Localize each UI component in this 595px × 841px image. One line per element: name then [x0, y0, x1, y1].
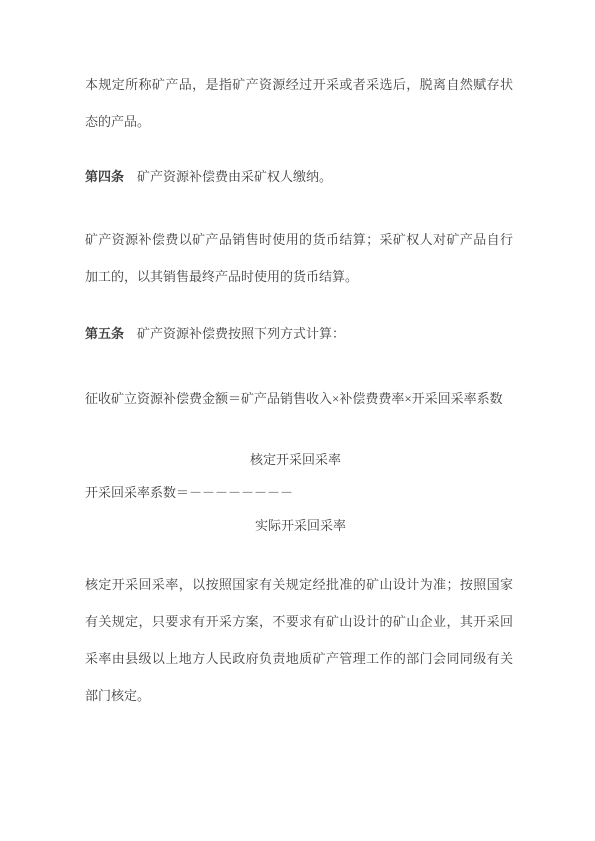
- fraction-block-recovery-coefficient: 核定开采回采率 开采回采率系数＝－－－－－－－－ 实际开采回采率: [85, 443, 513, 542]
- paragraph-article-5: 第五条矿产资源补偿费按照下列方式计算：: [85, 315, 513, 352]
- paragraph-article-4: 第四条矿产资源补偿费由采矿权人缴纳。: [85, 158, 513, 195]
- article-5-label: 第五条: [85, 326, 124, 341]
- fraction-denominator: 实际开采回采率: [85, 509, 513, 542]
- document-content: 本规定所称矿产品，是指矿产资源经过开采或者采选后，脱离自然赋存状态的产品。 第四…: [85, 66, 513, 714]
- paragraph-currency-settlement: 矿产资源补偿费以矿产品销售时使用的货币结算；采矿权人对矿产品自行加工的，以其销售…: [85, 221, 513, 295]
- article-5-text: 矿产资源补偿费按照下列方式计算：: [137, 326, 345, 341]
- document-page: 本规定所称矿产品，是指矿产资源经过开采或者采选后，脱离自然赋存状态的产品。 第四…: [0, 0, 595, 841]
- paragraph-definition-mineral-products: 本规定所称矿产品，是指矿产资源经过开采或者采选后，脱离自然赋存状态的产品。: [85, 66, 513, 140]
- fraction-numerator: 核定开采回采率: [85, 443, 513, 476]
- paragraph-approved-recovery-rate: 核定开采回采率，以按照国家有关规定经批准的矿山设计为准；按照国家有关规定，只要求…: [85, 566, 513, 714]
- article-4-text: 矿产资源补偿费由采矿权人缴纳。: [137, 169, 332, 184]
- fraction-equation-line: 开采回采率系数＝－－－－－－－－: [85, 476, 513, 509]
- paragraph-formula-amount: 征收矿立资源补偿费金额＝矿产品销售收入×补偿费费率×开采回采率系数: [85, 380, 513, 417]
- article-4-label: 第四条: [85, 169, 124, 184]
